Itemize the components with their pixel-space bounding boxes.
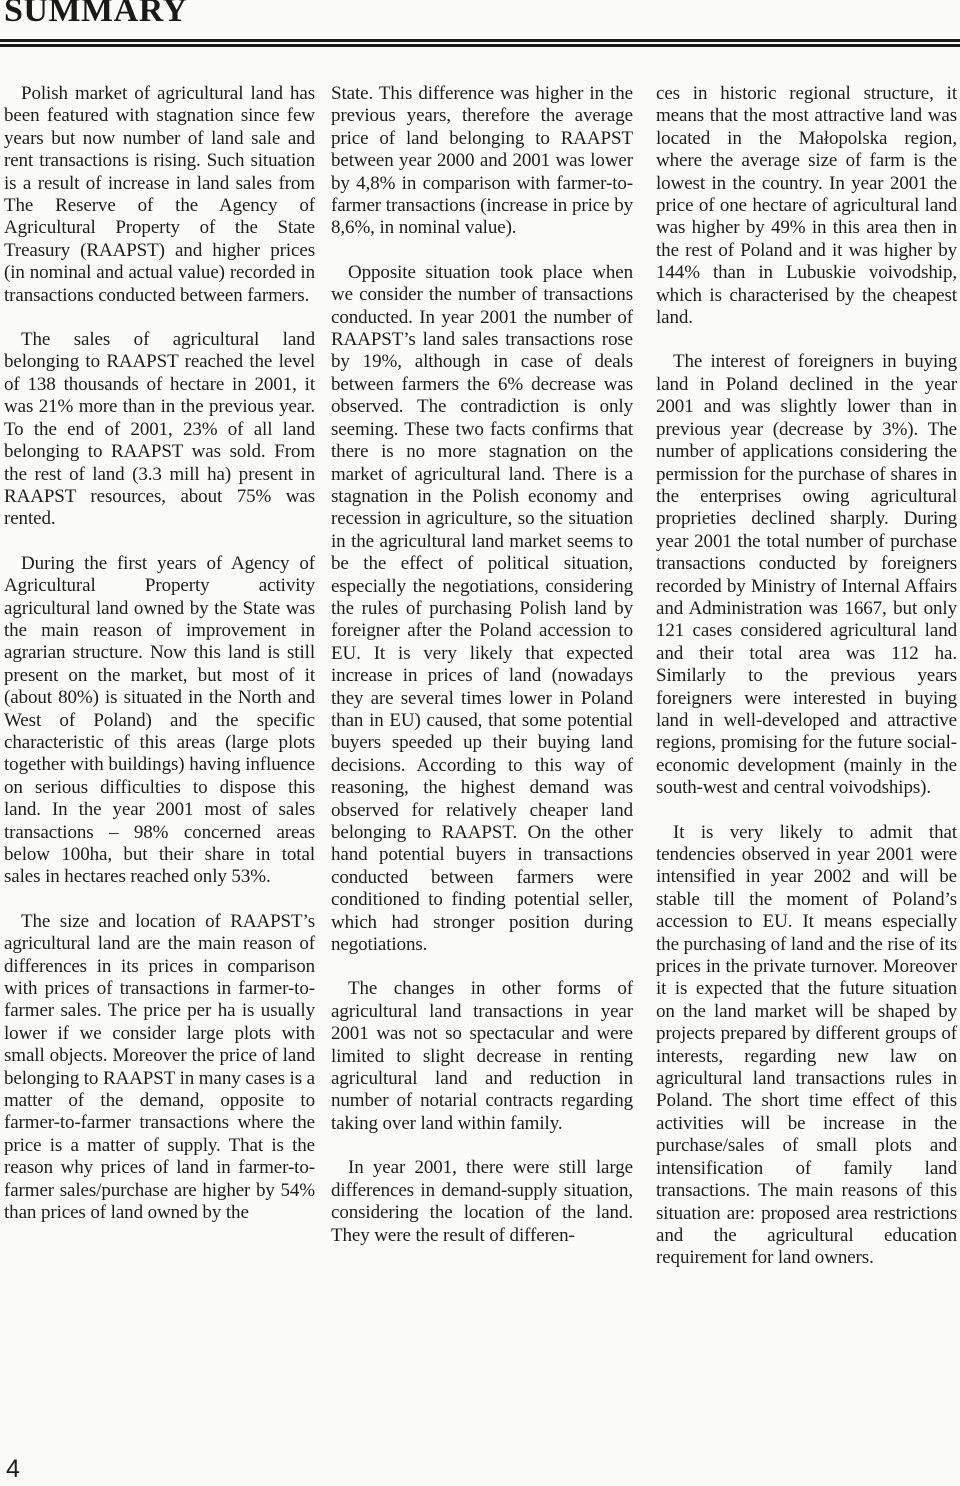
column-3: ces in historic regional structure, it m…	[656, 83, 957, 1292]
column-2: State. This difference was higher in the…	[331, 83, 633, 1292]
paragraph: Polish market of agricultural land has b…	[4, 83, 315, 307]
paragraph: The size and location of RAAPST’s agricu…	[4, 911, 315, 1225]
page-number: 4	[6, 1456, 20, 1482]
paragraph: During the first years of Agency of Agri…	[4, 553, 315, 889]
paragraph: The interest of foreigners in buying lan…	[656, 351, 957, 799]
paragraph: In year 2001, there were still large dif…	[331, 1157, 633, 1247]
paragraph: The changes in other forms of agricultur…	[331, 978, 633, 1135]
column-1: Polish market of agricultural land has b…	[4, 83, 315, 1292]
paragraph: The sales of agricultural land belonging…	[4, 329, 315, 531]
text-columns: Polish market of agricultural land has b…	[4, 83, 957, 1292]
double-rule-divider	[0, 39, 960, 47]
paragraph: It is very likely to admit that tendenci…	[656, 822, 957, 1270]
document-page: SUMMARY Polish market of agricultural la…	[0, 0, 960, 1486]
paragraph: Opposite situation took place when we co…	[331, 262, 633, 957]
paragraph-continuation: State. This difference was higher in the…	[331, 83, 633, 240]
paragraph-continuation: ces in historic regional structure, it m…	[656, 83, 957, 329]
page-title: SUMMARY	[4, 0, 188, 29]
